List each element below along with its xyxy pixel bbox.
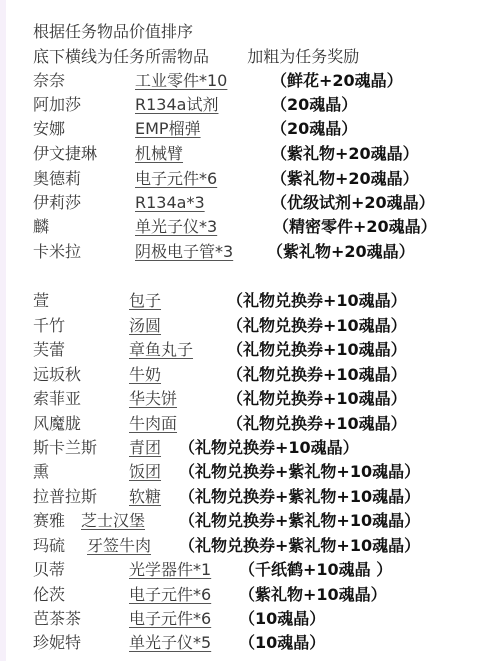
character-name: 风魔胧 xyxy=(33,412,81,436)
required-item: 单光子仪*3 xyxy=(135,215,217,239)
character-name: 贝蒂 xyxy=(33,558,65,582)
reward: （优级试剂+20魂晶） xyxy=(271,191,435,215)
required-item: 包子 xyxy=(129,289,161,313)
required-item: 电子元件*6 xyxy=(129,607,211,631)
reward: （鲜花+20魂晶） xyxy=(271,69,403,93)
character-name: 索菲亚 xyxy=(33,387,81,411)
reward: （紫礼物+10魂晶） xyxy=(239,583,387,607)
character-name: 伊文捷琳 xyxy=(33,142,97,166)
character-name: 伊莉莎 xyxy=(33,191,81,215)
left-edge-strip xyxy=(0,0,6,661)
character-name: 奈奈 xyxy=(33,69,65,93)
character-name: 斯卡兰斯 xyxy=(33,436,97,460)
reward: （礼物兑换券+紫礼物+10魂晶） xyxy=(179,534,420,558)
required-item: 工业零件*10 xyxy=(135,69,227,93)
required-item: 青团 xyxy=(129,436,161,460)
character-name: 芭茶茶 xyxy=(33,607,81,631)
required-item: EMP榴弹 xyxy=(135,117,201,141)
reward: （礼物兑换券+紫礼物+10魂晶） xyxy=(179,509,420,533)
reward: （紫礼物+20魂晶） xyxy=(267,240,415,264)
reward: （礼物兑换券+10魂晶） xyxy=(227,363,407,387)
character-name: 安娜 xyxy=(33,117,65,141)
required-item: 软糖 xyxy=(129,485,161,509)
reward: （10魂晶） xyxy=(239,607,325,631)
required-item: 华夫饼 xyxy=(129,387,177,411)
required-item: 章鱼丸子 xyxy=(129,338,193,362)
reward: （礼物兑换券+10魂晶） xyxy=(227,289,407,313)
required-item: R134a试剂 xyxy=(135,93,218,117)
required-item: 饭团 xyxy=(129,460,161,484)
character-name: 远坂秋 xyxy=(33,363,81,387)
reward: （礼物兑换券+10魂晶） xyxy=(227,314,407,338)
legend-underline-note: 底下横线为任务所需物品 xyxy=(33,47,209,66)
reward: （10魂晶） xyxy=(239,631,325,655)
required-item: 电子元件*6 xyxy=(129,583,211,607)
required-item: 电子元件*6 xyxy=(135,167,217,191)
legend-bold-note: 加粗为任务奖励 xyxy=(247,47,359,66)
character-name: 萱 xyxy=(33,289,49,313)
reward: （礼物兑换券+10魂晶） xyxy=(179,436,359,460)
reward: （礼物兑换券+紫礼物+10魂晶） xyxy=(179,485,420,509)
reward: （礼物兑换券+10魂晶） xyxy=(227,387,407,411)
reward: （千纸鹤+10魂晶 ） xyxy=(239,558,392,582)
required-item: 牛肉面 xyxy=(129,412,177,436)
required-item: 汤圆 xyxy=(129,314,161,338)
character-name: 阿加莎 xyxy=(33,93,81,117)
reward: （紫礼物+20魂晶） xyxy=(271,167,419,191)
character-name: 芙蕾 xyxy=(33,338,65,362)
required-item: 单光子仪*5 xyxy=(129,631,211,655)
character-name: 玛硫 xyxy=(33,534,65,558)
required-item: 芝士汉堡 xyxy=(81,509,145,533)
reward: （礼物兑换券+紫礼物+10魂晶） xyxy=(179,460,420,484)
character-name: 奥德莉 xyxy=(33,167,81,191)
character-name: 伦茨 xyxy=(33,583,65,607)
required-item: R134a*3 xyxy=(135,191,205,215)
reward: （礼物兑换券+10魂晶） xyxy=(227,412,407,436)
reward: （20魂晶） xyxy=(271,117,357,141)
required-item: 光学器件*1 xyxy=(129,558,211,582)
character-name: 卡米拉 xyxy=(33,240,81,264)
character-name: 千竹 xyxy=(33,314,65,338)
character-name: 赛雅 xyxy=(33,509,65,533)
required-item: 机械臂 xyxy=(135,142,183,166)
character-name: 拉普拉斯 xyxy=(33,485,97,509)
page-title: 根据任务物品价值排序 xyxy=(33,20,193,44)
required-item: 牙签牛肉 xyxy=(87,534,151,558)
required-item: 阴极电子管*3 xyxy=(135,240,233,264)
reward: （礼物兑换券+10魂晶） xyxy=(227,338,407,362)
required-item: 牛奶 xyxy=(129,363,161,387)
character-name: 麟 xyxy=(33,215,49,239)
reward: （紫礼物+20魂晶） xyxy=(271,142,419,166)
reward: （20魂晶） xyxy=(271,93,357,117)
reward: （精密零件+20魂晶） xyxy=(273,215,437,239)
legend-line: 底下横线为任务所需物品 加粗为任务奖励 xyxy=(33,45,359,69)
character-name: 珍妮特 xyxy=(33,631,81,655)
character-name: 熏 xyxy=(33,460,49,484)
